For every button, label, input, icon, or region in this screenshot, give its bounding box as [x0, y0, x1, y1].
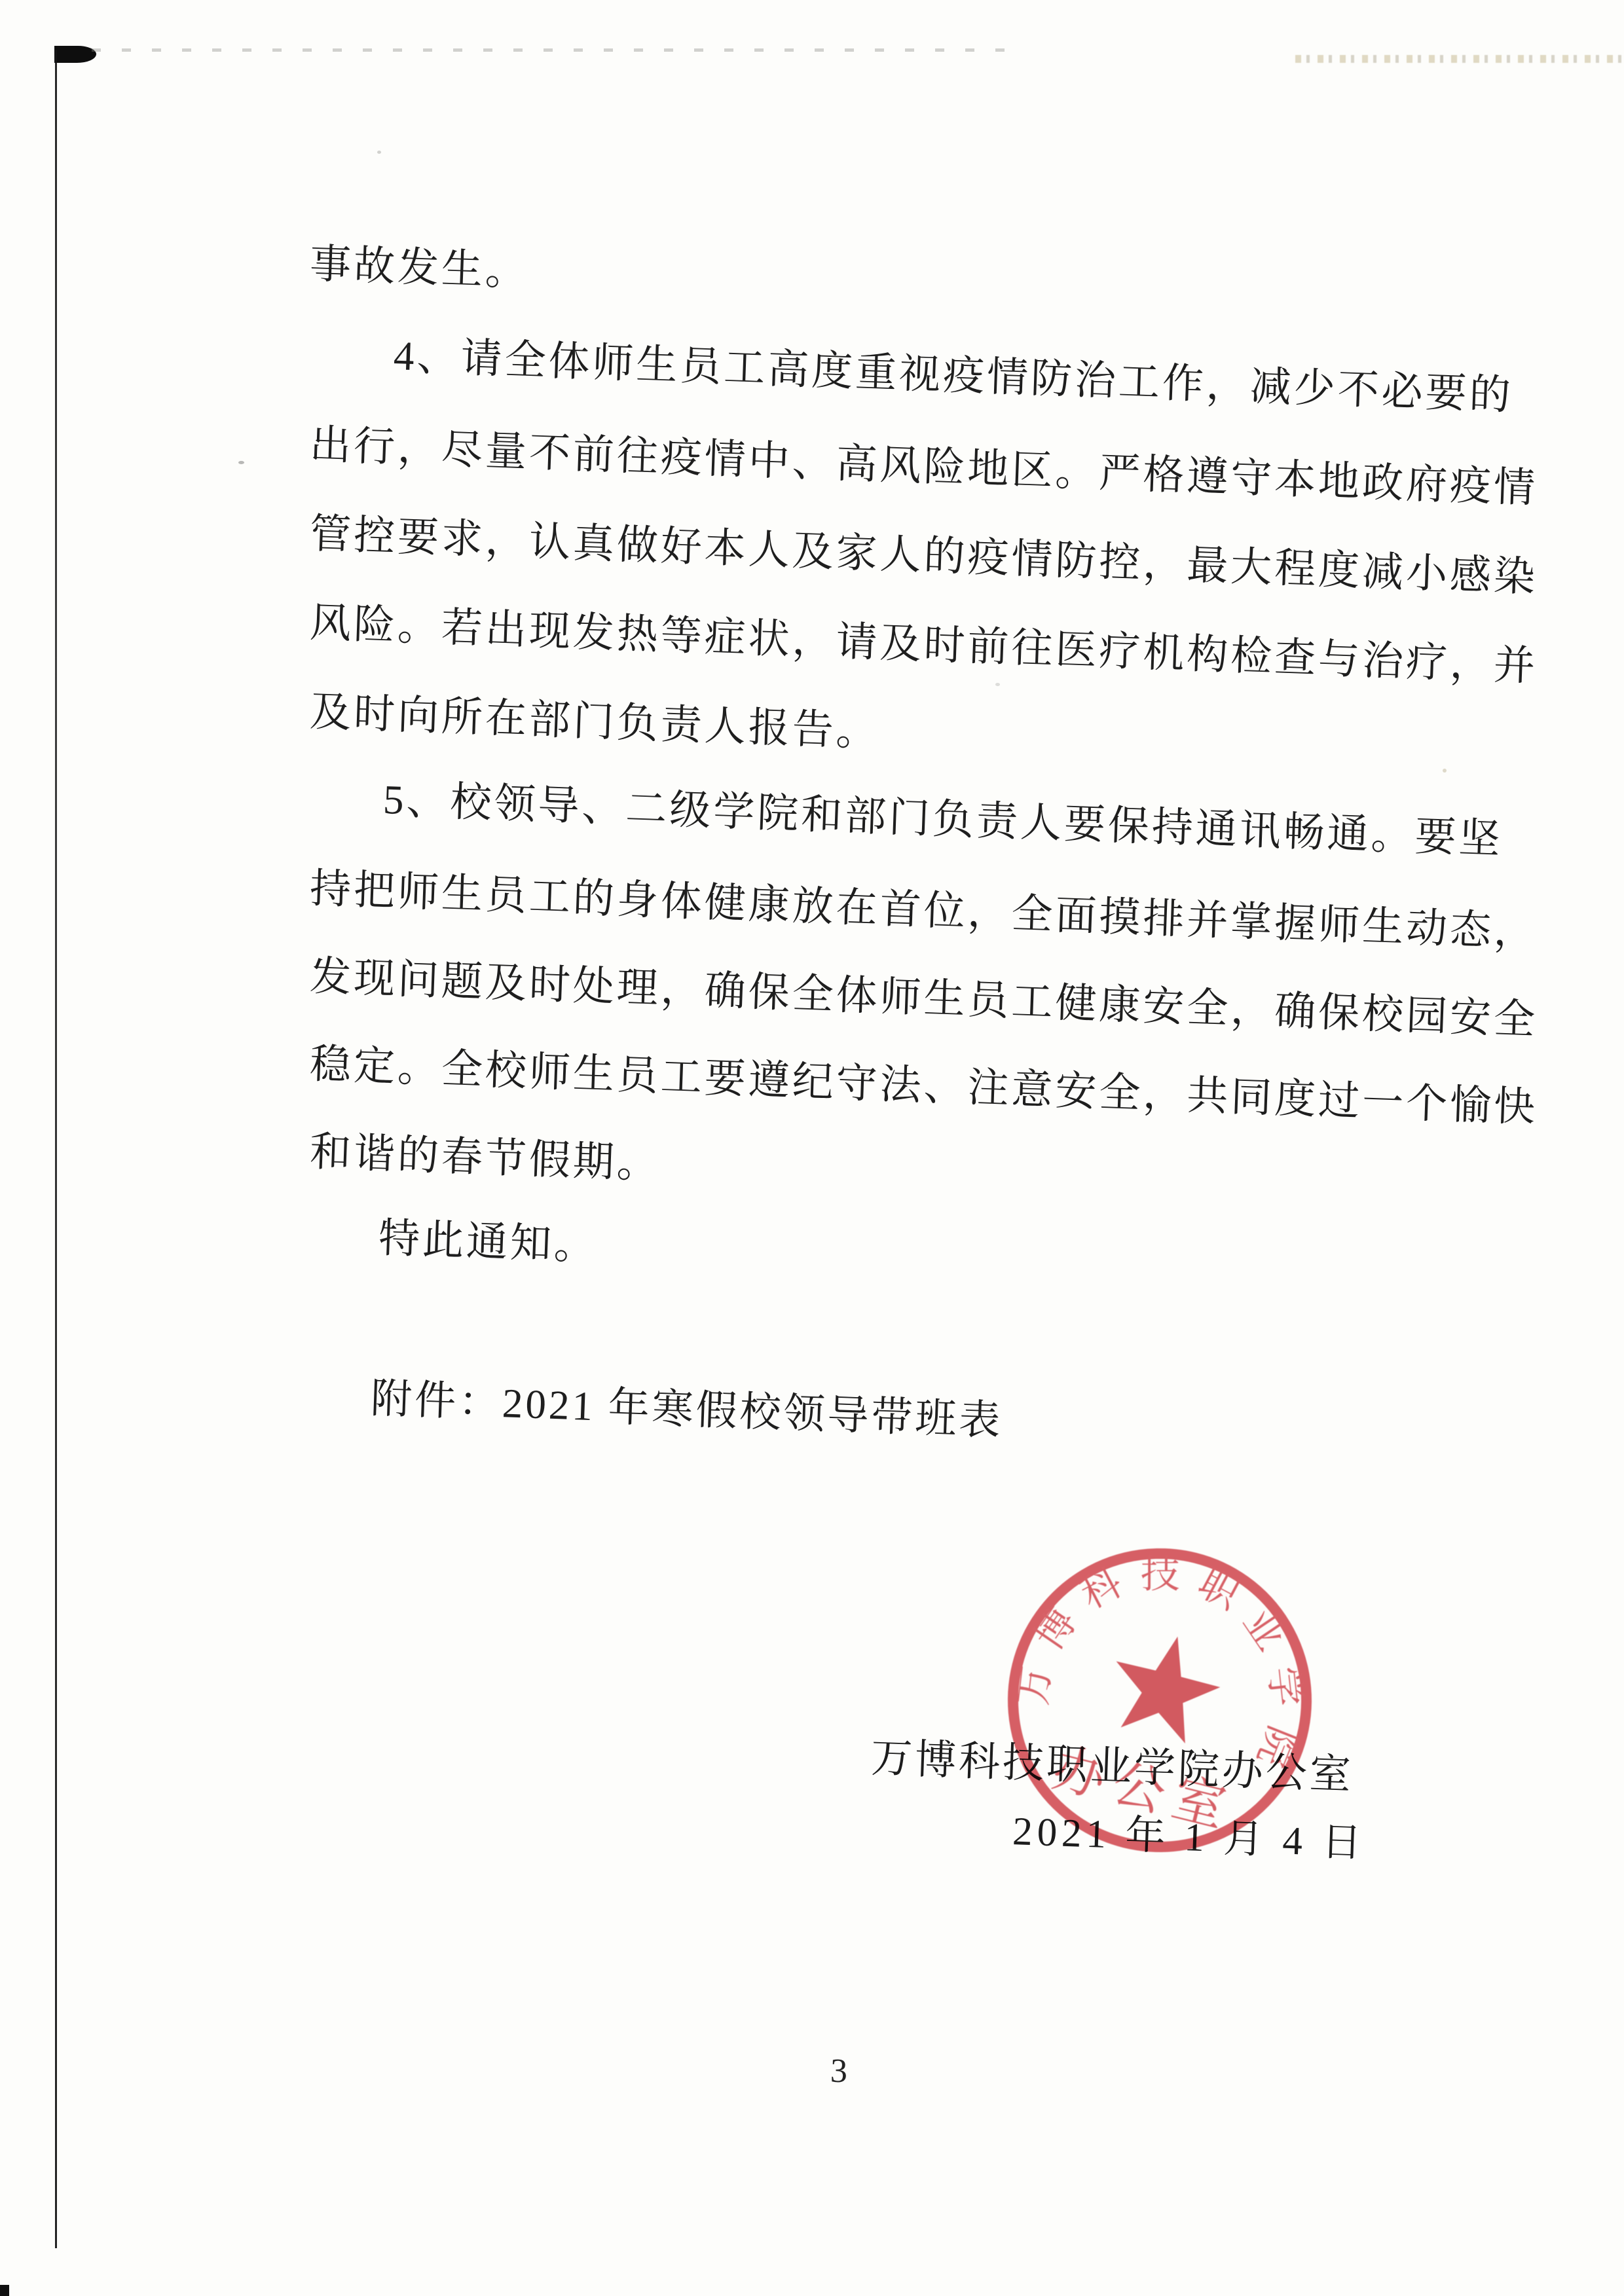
- closing-line: 特此通知。: [378, 1205, 599, 1272]
- scan-bottom-edge-mark: [0, 2285, 9, 2296]
- body-line: 稳定。全校师生员工要遵纪守法、注意安全，共同度过一个愉快: [309, 1030, 1539, 1134]
- star-icon: [1101, 1624, 1229, 1749]
- body-line: 出行，尽量不前往疫情中、高风险地区。严格遵守本地政府疫情: [309, 411, 1539, 515]
- scan-speck: [1443, 769, 1447, 773]
- body-line-paragraph-5-start: 5、校领导、二级学院和部门负责人要保持通讯畅通。要坚: [382, 766, 1504, 866]
- scanned-document-page: 事故发生。 4、请全体师生员工高度重视疫情防治工作，减少不必要的 出行，尽量不前…: [0, 0, 1624, 2296]
- body-line: 持把师生员工的身体健康放在首位，全面摸排并掌握师生动态，: [309, 855, 1539, 958]
- scan-corner-mark: [54, 46, 96, 63]
- scan-speck: [238, 461, 244, 464]
- body-line-paragraph-4-start: 4、请全体师生员工高度重视疫情防治工作，减少不必要的: [393, 322, 1515, 422]
- page-number: 3: [830, 2052, 847, 2091]
- attachment-line: 附件：2021 年寒假校领导带班表: [370, 1365, 1004, 1447]
- body-line: 风险。若出现发热等症状，请及时前往医疗机构检查与治疗，并: [309, 589, 1539, 693]
- scan-top-noise: [1295, 55, 1623, 63]
- scan-top-dotted-line: [92, 48, 1022, 52]
- scan-speck: [377, 151, 381, 154]
- body-line: 发现问题及时处理，确保全体师生员工健康安全，确保校园安全: [309, 943, 1539, 1046]
- body-line: 事故发生。: [309, 230, 530, 298]
- body-line: 和谐的春节假期。: [309, 1118, 662, 1190]
- body-line: 及时向所在部门负责人报告。: [309, 678, 881, 758]
- scan-left-border-line: [55, 50, 57, 2248]
- body-line: 管控要求，认真做好本人及家人的疫情防控，最大程度减小感染: [309, 500, 1539, 604]
- scan-speck: [995, 683, 1000, 686]
